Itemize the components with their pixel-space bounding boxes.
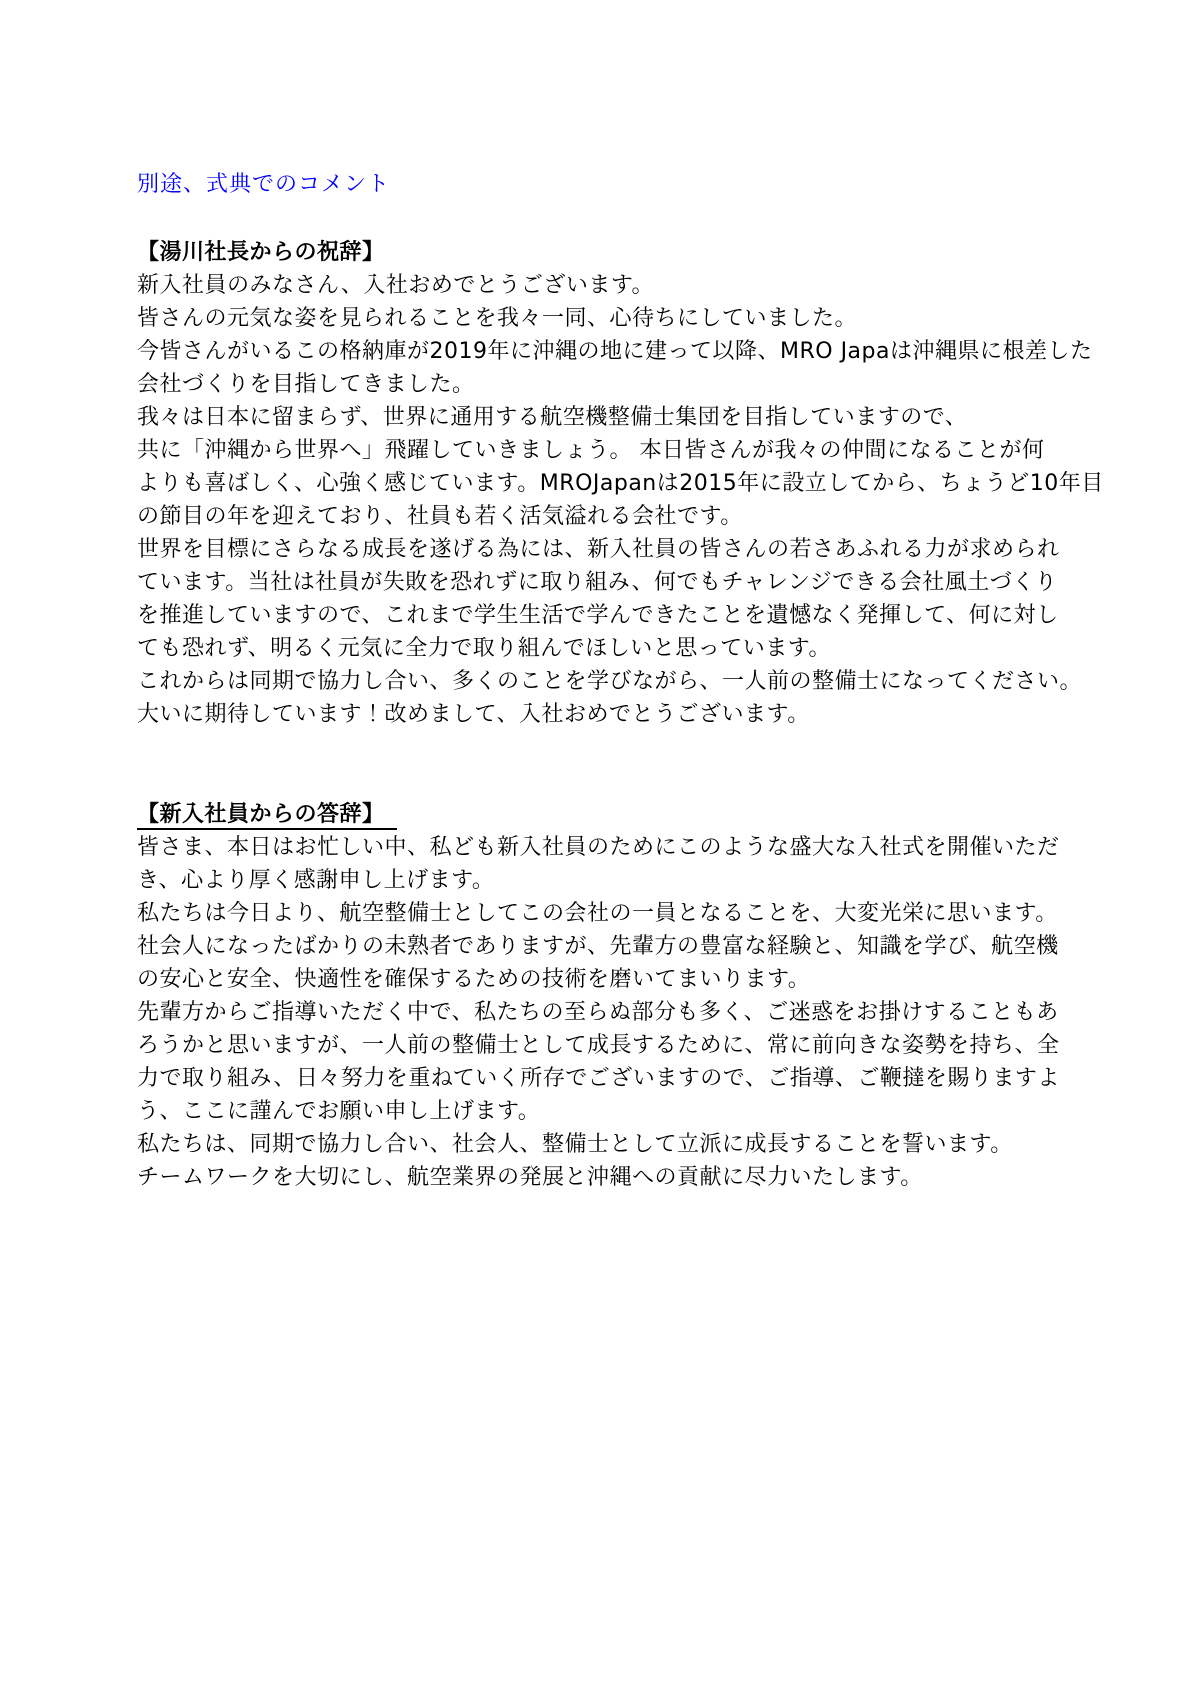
document-page: 別途、式典でのコメント 【湯川社長からの祝辞】 新入社員のみなさん、入社おめでと… [0, 0, 1190, 1683]
text-line: 私たちは、同期で協力し合い、社会人、整備士として立派に成長することを誓います。 [137, 1128, 1067, 1161]
section-president-greeting: 【湯川社長からの祝辞】 新入社員のみなさん、入社おめでとうございます。 皆さんの… [137, 236, 1067, 731]
section-header-president-greeting: 【湯川社長からの祝辞】 [137, 236, 1067, 269]
text-line: き、心より厚く感謝申し上げます。 [137, 864, 1067, 897]
text-line: 皆さま、本日はお忙しい中、私ども新入社員のためにこのような盛大な入社式を開催いた… [137, 831, 1067, 864]
text-line: 私たちは今日より、航空整備士としてこの会社の一員となることを、大変光栄に思います… [137, 897, 1067, 930]
text-line: 大いに期待しています！改めまして、入社おめでとうございます。 [137, 698, 1067, 731]
text-line: 我々は日本に留まらず、世界に通用する航空機整備士集団を目指していますので、 [137, 401, 1067, 434]
text-line: よりも喜ばしく、心強く感じています。MROJapanは2015年に設立してから、… [137, 467, 1067, 500]
document-content: 別途、式典でのコメント 【湯川社長からの祝辞】 新入社員のみなさん、入社おめでと… [137, 172, 1067, 1194]
text-line: 力で取り組み、日々努力を重ねていく所存でございますので、ご指導、ご鞭撻を賜ります… [137, 1062, 1067, 1095]
section-header-row: 【新入社員からの答辞】 [137, 798, 1067, 831]
text-line: 共に「沖縄から世界へ」飛躍していきましょう。 本日皆さんが我々の仲間になることが… [137, 434, 1067, 467]
section-newcomer-reply: 【新入社員からの答辞】 皆さま、本日はお忙しい中、私ども新入社員のためにこのよう… [137, 798, 1067, 1194]
text-line: 皆さんの元気な姿を見られることを我々一同、心待ちにしていました。 [137, 302, 1067, 335]
text-line: の節目の年を迎えており、社員も若く活気溢れる会社です。 [137, 500, 1067, 533]
text-line: ろうかと思いますが、一人前の整備士として成長するために、常に前向きな姿勢を持ち、… [137, 1029, 1067, 1062]
text-line: これからは同期で協力し合い、多くのことを学びながら、一人前の整備士になってくださ… [137, 665, 1067, 698]
text-line: チームワークを大切にし、航空業界の発展と沖縄への貢献に尽力いたします。 [137, 1161, 1067, 1194]
doc-title: 別途、式典でのコメント [137, 172, 1067, 198]
text-line: 今皆さんがいるこの格納庫が2019年に沖縄の地に建って以降、MRO Japaは沖… [137, 335, 1067, 368]
text-line: の安心と安全、快適性を確保するための技術を磨いてまいります。 [137, 963, 1067, 996]
text-line: ても恐れず、明るく元気に全力で取り組んでほしいと思っています。 [137, 632, 1067, 665]
text-line: を推進していますので、これまで学生生活で学んできたことを遺憾なく発揮して、何に対… [137, 599, 1067, 632]
text-line: 会社づくりを目指してきました。 [137, 368, 1067, 401]
text-line: 社会人になったばかりの未熟者でありますが、先輩方の豊富な経験と、知識を学び、航空… [137, 930, 1067, 963]
text-line: 新入社員のみなさん、入社おめでとうございます。 [137, 269, 1067, 302]
section-header-newcomer-reply: 【新入社員からの答辞】 [137, 802, 397, 830]
text-line: う、ここに謹んでお願い申し上げます。 [137, 1095, 1067, 1128]
text-line: 先輩方からご指導いただく中で、私たちの至らぬ部分も多く、ご迷惑をお掛けすることも… [137, 996, 1067, 1029]
text-line: ています。当社は社員が失敗を恐れずに取り組み、何でもチャレンジできる会社風土づく… [137, 566, 1067, 599]
text-line: 世界を目標にさらなる成長を遂げる為には、新入社員の皆さんの若さあふれる力が求めら… [137, 533, 1067, 566]
